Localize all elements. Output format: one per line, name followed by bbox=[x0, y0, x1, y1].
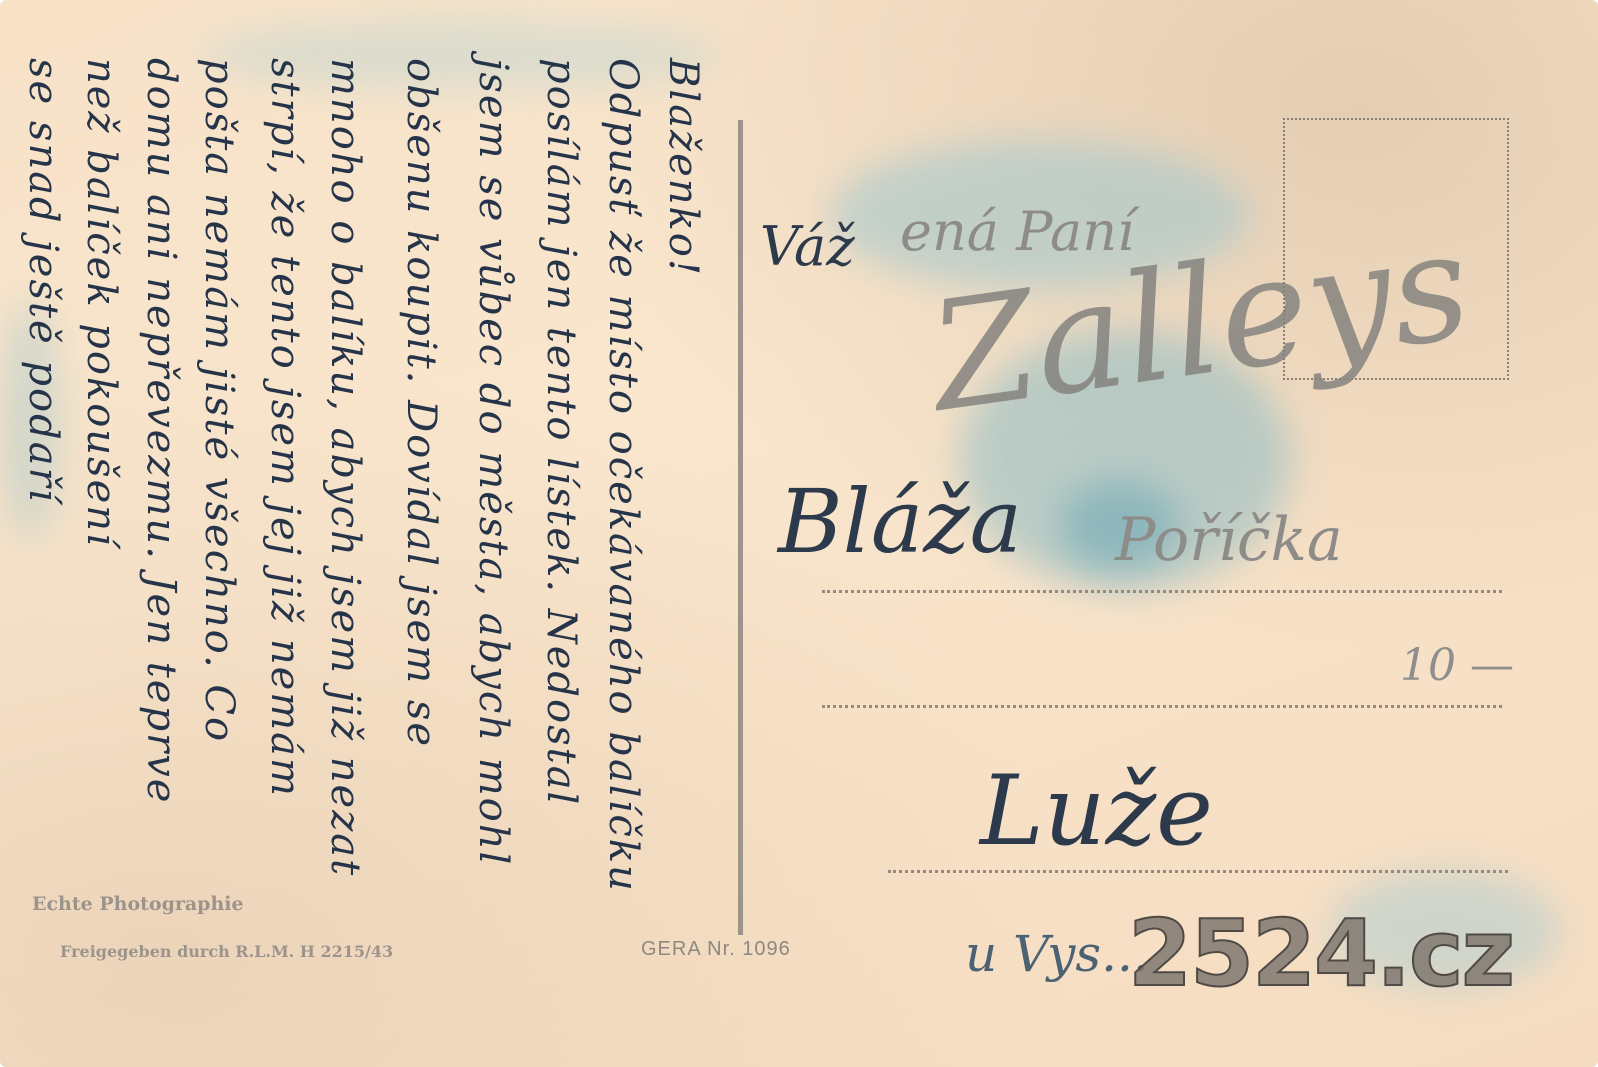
photo-imprint: Echte Photographie bbox=[32, 893, 244, 915]
recipient-name: Bláža bbox=[778, 470, 1022, 573]
pencil-number: 10 — bbox=[1400, 640, 1514, 691]
address-line bbox=[888, 870, 1508, 873]
site-watermark: 2524.cz bbox=[1128, 900, 1513, 1007]
publisher-imprint: GERA Nr. 1096 bbox=[641, 938, 791, 961]
approval-imprint: Freigegeben durch R.L.M. H 2215/43 bbox=[60, 942, 393, 961]
recipient-city: Lužе bbox=[980, 755, 1213, 867]
message-line: jsem se vůbec do města, abych mohl bbox=[470, 58, 516, 866]
message-line: mnoho o balíku, abych jsem již nezat bbox=[322, 58, 368, 877]
recipient-surname-pencil: Poříčka bbox=[1115, 505, 1343, 575]
message-line: obšenu koupit. Dovídal jsem se bbox=[398, 58, 444, 748]
message-line: Odpusť že místo očekávaného balíčku bbox=[600, 58, 646, 893]
message-line: posílám jen tento lístek. Nedostal bbox=[538, 58, 584, 806]
address-salutation: Váž bbox=[760, 215, 855, 278]
message-line: pošta nemám jisté všechno. Co bbox=[196, 58, 242, 743]
postcard-back: Blaženko! Odpusť že místo očekávaného ba… bbox=[0, 0, 1598, 1067]
message-line: domu ani nepřevezmu. Jen teprve bbox=[138, 58, 184, 804]
message-line: se snad ještě podaří bbox=[20, 58, 66, 504]
message-line: než balíček pokoušení bbox=[78, 58, 124, 548]
message-line: strpí, že tento jsem jej již nemám bbox=[262, 58, 308, 798]
address-line bbox=[822, 590, 1502, 593]
address-line bbox=[822, 705, 1502, 708]
message-line: Blaženko! bbox=[660, 58, 706, 277]
recipient-district: u Vys... bbox=[965, 925, 1149, 983]
